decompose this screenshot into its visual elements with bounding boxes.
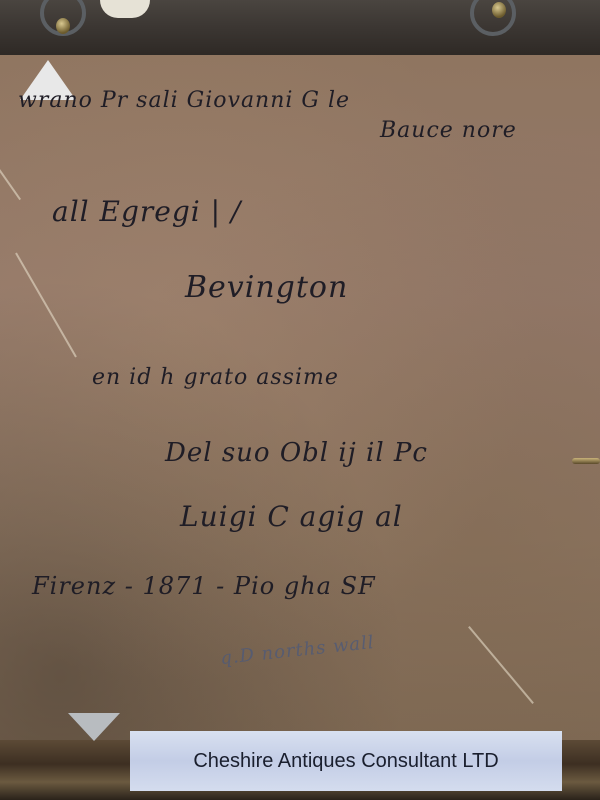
- paper-crack: [468, 626, 534, 704]
- frame-nail: [572, 458, 600, 464]
- inscription-line-4: Bevington: [185, 270, 348, 305]
- paper-crack: [0, 150, 21, 200]
- screw-left: [56, 18, 70, 34]
- inscription-line-3: all Egregi | /: [52, 195, 241, 228]
- corner-mount-bottom: [68, 713, 120, 741]
- inscription-line-1: wrano Pr sali Giovanni G le: [18, 88, 350, 113]
- inscription-line-2: Bauce nore: [380, 118, 517, 143]
- watermark-text: Cheshire Antiques Consultant LTD: [193, 750, 498, 773]
- frame-top-rail: [0, 0, 600, 58]
- inscription-line-7: Luigi C agig al: [180, 500, 403, 533]
- inscription-line-5: en id h grato assime: [92, 365, 339, 390]
- paper-crack: [15, 253, 77, 358]
- watermark-label: Cheshire Antiques Consultant LTD: [130, 731, 562, 791]
- inscription-line-6: Del suo Obl ij il Pc: [165, 438, 428, 468]
- screw-right: [492, 2, 506, 18]
- inscription-line-8: Firenz - 1871 - Pio gha SF: [32, 572, 376, 600]
- cloth-scrap: [100, 0, 150, 18]
